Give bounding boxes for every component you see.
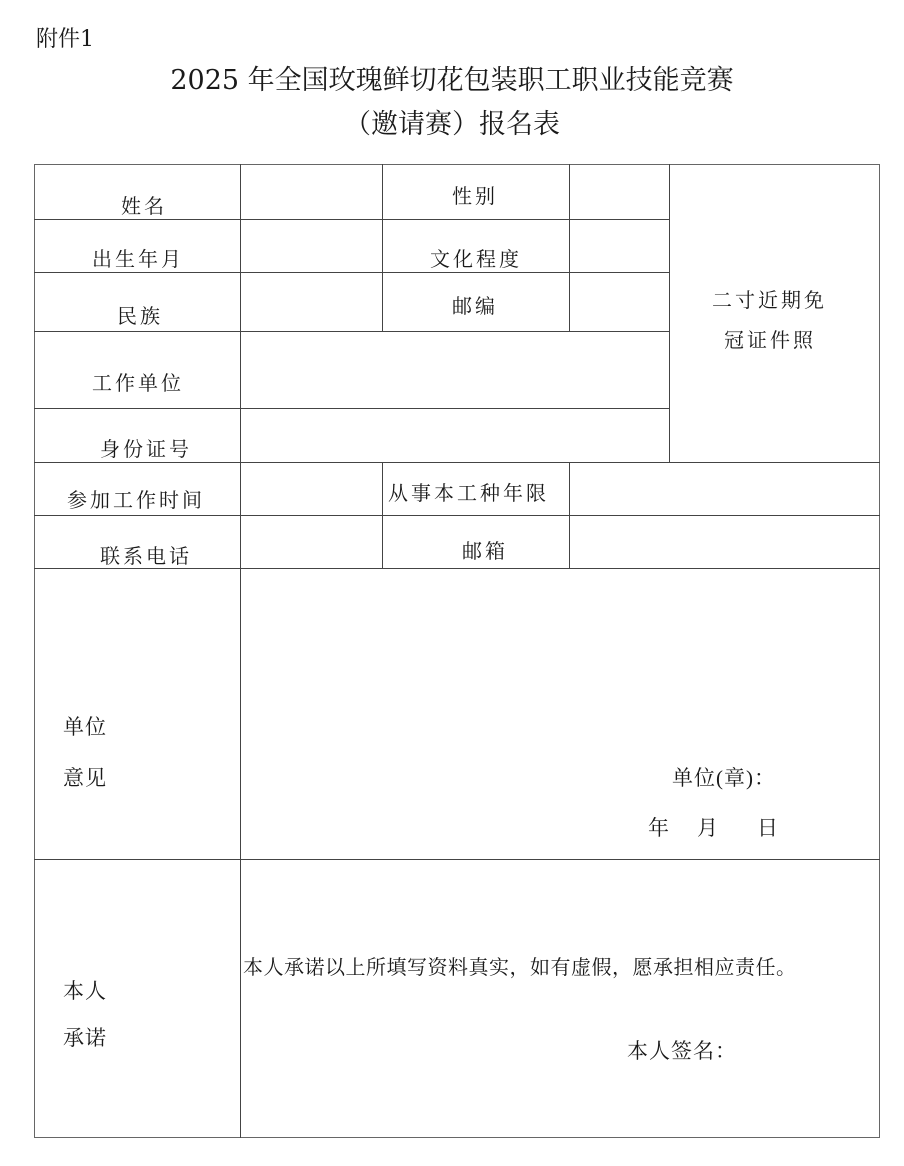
label-work-start: 参加工作时间 [67, 484, 205, 513]
label-education: 文化程度 [430, 243, 522, 272]
label-phone: 联系电话 [100, 540, 192, 569]
label-postcode: 邮编 [452, 290, 498, 319]
label-years-in-trade: 从事本工种年限 [388, 477, 549, 506]
name-input[interactable] [241, 165, 381, 218]
row-divider [34, 859, 880, 860]
label-employer: 工作单位 [92, 367, 184, 396]
seal-label: 单位(章)： [672, 762, 776, 792]
label-gender: 性别 [452, 180, 498, 209]
col-divider [382, 462, 383, 568]
date-day: 日 [757, 812, 779, 842]
photo-hint-line2: 冠证件照 [724, 324, 816, 353]
signature-label: 本人签名： [627, 1035, 737, 1065]
opinion-label-line1: 单位 [63, 711, 107, 741]
page-title-line2: （邀请赛）报名表 [0, 102, 904, 141]
postcode-input[interactable] [570, 273, 668, 330]
id-number-input[interactable] [241, 409, 668, 461]
label-name: 姓名 [121, 190, 167, 219]
signature-field[interactable] [740, 1030, 875, 1070]
email-input[interactable] [570, 516, 879, 567]
label-id-number: 身份证号 [100, 433, 192, 462]
label-birth: 出生年月 [92, 243, 184, 272]
attachment-label: 附件1 [36, 22, 94, 53]
gender-input[interactable] [570, 165, 668, 218]
employer-input[interactable] [241, 332, 668, 407]
employer-opinion-area[interactable] [241, 569, 879, 858]
label-ethnicity: 民族 [117, 300, 163, 329]
page-title-line1: 2025 年全国玫瑰鲜切花包装职工职业技能竞赛 [0, 58, 904, 97]
pledge-label-line2: 承诺 [63, 1022, 107, 1052]
opinion-label-line2: 意见 [63, 762, 107, 792]
work-start-input[interactable] [241, 463, 381, 514]
date-year: 年 [648, 812, 670, 842]
phone-input[interactable] [241, 516, 381, 567]
date-month: 月 [697, 812, 719, 842]
pledge-text: 本人承诺以上所填写资料真实，如有虚假，愿承担相应责任。 [243, 953, 879, 983]
photo-placeholder[interactable] [670, 165, 879, 461]
photo-hint-line1: 二寸近期免 [712, 284, 827, 313]
birth-input[interactable] [241, 220, 381, 271]
col-divider [382, 164, 383, 331]
ethnicity-input[interactable] [241, 273, 381, 330]
pledge-label-line1: 本人 [63, 975, 107, 1005]
years-in-trade-input[interactable] [570, 463, 879, 514]
label-email: 邮箱 [462, 535, 508, 564]
education-input[interactable] [570, 220, 668, 271]
